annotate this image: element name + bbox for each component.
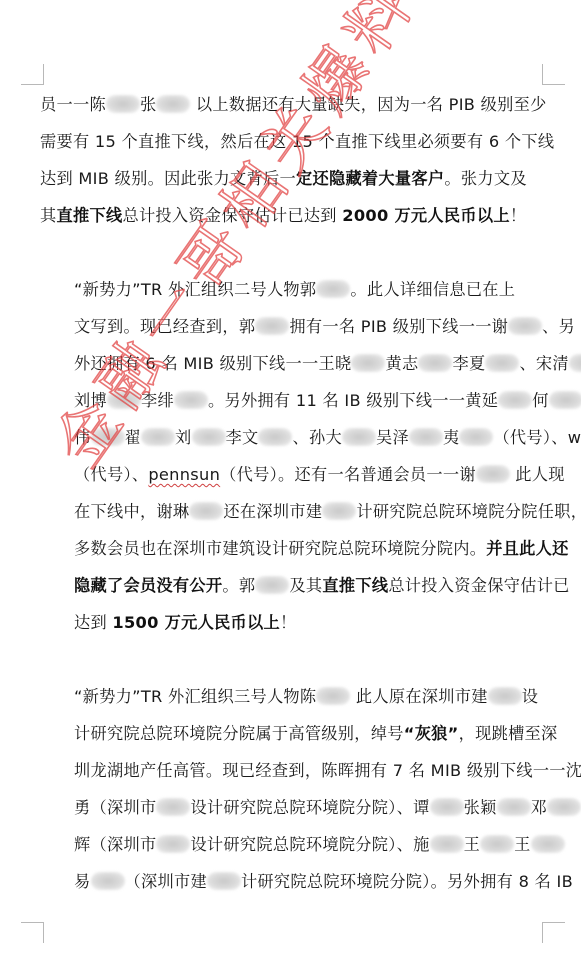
text-run: 何 — [532, 391, 549, 410]
text-run: 总计投入资金保守估计已 — [388, 576, 569, 595]
text-line: 辉（深圳市设计研究院总院环境院分院）、施王王 — [40, 826, 542, 863]
text-run: 以上数据还有大量缺失，因为一名 PIB 级别至少 — [190, 95, 546, 114]
text-run: ！ — [280, 613, 297, 632]
text-run: 张 — [140, 95, 157, 114]
redacted-name-blur — [418, 354, 452, 372]
text-run: 拥有一名 PIB 级别下线一一谢 — [289, 317, 508, 336]
redacted-name-blur — [141, 428, 175, 446]
bold-text: “灰狼” — [404, 724, 459, 743]
text-run: 设 — [522, 687, 539, 706]
text-run: 易 — [74, 872, 91, 891]
bold-text: 定还隐藏着大量客户 — [296, 169, 444, 188]
text-run: 夷 — [443, 428, 460, 447]
text-run: ！ — [510, 206, 527, 225]
text-run: 、孙大 — [292, 428, 341, 447]
redacted-name-blur — [508, 317, 542, 335]
text-run: 李文 — [226, 428, 259, 447]
text-run: 设计研究院总院环境院分院）、谭 — [190, 798, 429, 817]
text-run: 总计投入资金保守估计已达到 — [122, 206, 342, 225]
text-run: 。张力文及 — [444, 169, 526, 188]
redacted-name-blur — [255, 317, 289, 335]
text-line: 达到 1500 万元人民币以上！ — [40, 604, 542, 641]
text-run: 勇（深圳市 — [74, 798, 156, 817]
text-line: 计研究院总院环境院分院属于高管级别，绰号“灰狼”，现跳槽至深 — [40, 715, 542, 752]
text-run: 李夏 — [452, 354, 485, 373]
text-line: 勇（深圳市设计研究院总院环境院分院）、谭张颖邓 — [40, 789, 542, 826]
redacted-name-blur — [547, 798, 581, 816]
text-run: 刘 — [175, 428, 192, 447]
redacted-name-blur — [342, 428, 376, 446]
redacted-name-blur — [430, 798, 464, 816]
redacted-name-blur — [107, 391, 141, 409]
redacted-name-blur — [174, 391, 208, 409]
bold-text: 并且此人还 — [486, 539, 568, 558]
text-run: （代号）。还有一名普通会员一一谢 — [220, 465, 476, 484]
text-run: “新势力”TR 外汇组织三号人物陈 — [74, 687, 316, 706]
text-line: 刘博李绯。另外拥有 11 名 IB 级别下线一一黄延何梁 — [40, 382, 542, 419]
page-corner-mark-bottom-right — [542, 922, 565, 943]
text-line: “新势力”TR 外汇组织二号人物郭。此人详细信息已在上 — [40, 271, 542, 308]
paragraph-2: “新势力”TR 外汇组织二号人物郭。此人详细信息已在上文写到。现已经查到，郭拥有… — [40, 271, 542, 641]
text-run: 、另 — [542, 317, 575, 336]
redacted-name-blur — [498, 391, 532, 409]
text-run: 多数会员也在深圳市建筑设计研究院总院环境院分院内。 — [74, 539, 486, 558]
redacted-name-blur — [476, 465, 510, 483]
bold-text: 直推下线 — [57, 206, 123, 225]
text-run: 邓 — [531, 798, 548, 817]
redacted-name-blur — [409, 428, 443, 446]
redacted-name-blur — [156, 835, 190, 853]
text-run: 需要有 15 个直推下线，然后在这 15 个直推下线里必须要有 6 个下线 — [40, 132, 554, 151]
text-run: 刘博 — [74, 391, 107, 410]
text-run: “新势力”TR 外汇组织二号人物郭 — [74, 280, 316, 299]
redacted-name-blur — [488, 687, 522, 705]
text-run: 文写到。现已经查到，郭 — [74, 317, 255, 336]
redacted-name-blur — [569, 354, 581, 372]
text-run: 及其 — [289, 576, 322, 595]
redacted-name-blur — [258, 428, 292, 446]
paragraph-spacer — [40, 234, 542, 271]
text-run: 黄志 — [385, 354, 418, 373]
text-run: 吴泽 — [376, 428, 409, 447]
redacted-name-blur — [322, 502, 356, 520]
redacted-name-blur — [459, 428, 493, 446]
text-run: 。郭 — [222, 576, 255, 595]
text-run: 、宋清 — [519, 354, 568, 373]
document-page: 员一一陈张 以上数据还有大量缺失，因为一名 PIB 级别至少需要有 15 个直推… — [40, 86, 542, 900]
text-run: 在下线中，谢琳 — [74, 502, 189, 521]
text-run: 张颖 — [464, 798, 497, 817]
text-run: ，现跳槽至深 — [459, 724, 558, 743]
bold-text: 1500 万元人民币以上 — [112, 613, 280, 632]
text-run: 。此人详细信息已在上 — [350, 280, 515, 299]
redacted-name-blur — [255, 576, 289, 594]
text-line: 易（深圳市建计研究院总院环境院分院）。另外拥有 8 名 IB — [40, 863, 542, 900]
redacted-name-blur — [351, 354, 385, 372]
redacted-name-blur — [430, 835, 464, 853]
text-run: 设计研究院总院环境院分院）、施 — [190, 835, 429, 854]
text-run: 此人现 — [510, 465, 565, 484]
text-line: “新势力”TR 外汇组织三号人物陈 此人原在深圳市建设 — [40, 678, 542, 715]
bold-text: 直推下线 — [322, 576, 388, 595]
text-line: 圳龙湖地产任高管。现已经查到，陈晖拥有 7 名 MIB 级别下线一一沈 — [40, 752, 542, 789]
text-run: （代号）、wind — [493, 428, 581, 447]
paragraph-spacer — [40, 641, 542, 678]
redacted-name-blur — [106, 95, 140, 113]
redacted-name-blur — [156, 95, 190, 113]
paragraph-1: 员一一陈张 以上数据还有大量缺失，因为一名 PIB 级别至少需要有 15 个直推… — [40, 86, 542, 234]
text-run: 其 — [40, 206, 57, 225]
redacted-name-blur — [549, 391, 581, 409]
redacted-name-blur — [192, 428, 226, 446]
page-corner-mark-bottom-left — [21, 922, 44, 943]
text-line: 隐藏了会员没有公开。郭及其直推下线总计投入资金保守估计已 — [40, 567, 542, 604]
text-line: 其直推下线总计投入资金保守估计已达到 2000 万元人民币以上！ — [40, 197, 542, 234]
redacted-name-blur — [316, 687, 350, 705]
text-run: 。另外拥有 11 名 IB 级别下线一一黄延 — [208, 391, 498, 410]
text-run: 此人原在深圳市建 — [350, 687, 487, 706]
paragraph-3: “新势力”TR 外汇组织三号人物陈 此人原在深圳市建设计研究院总院环境院分院属于… — [40, 678, 542, 900]
text-run: 伟 — [74, 428, 91, 447]
redacted-name-blur — [316, 280, 350, 298]
text-run: 辉（深圳市 — [74, 835, 156, 854]
redacted-name-blur — [480, 835, 514, 853]
text-run: 圳龙湖地产任高管。现已经查到，陈晖拥有 7 名 MIB 级别下线一一沈 — [74, 761, 581, 780]
text-line: （代号）、pennsun（代号）。还有一名普通会员一一谢 此人现 — [40, 456, 542, 493]
text-run: 外还拥有 6 名 MIB 级别下线一一王晓 — [74, 354, 351, 373]
text-line: 达到 MIB 级别。因此张力文背后一定还隐藏着大量客户。张力文及 — [40, 160, 542, 197]
text-run: 达到 — [74, 613, 112, 632]
bold-text: 2000 万元人民币以上 — [342, 206, 510, 225]
page-corner-mark-top-right — [542, 64, 565, 85]
text-run: 李绯 — [141, 391, 174, 410]
redacted-name-blur — [497, 798, 531, 816]
text-run: 王 — [464, 835, 481, 854]
text-run: 计研究院总院环境院分院任职， — [356, 502, 581, 521]
text-line: 需要有 15 个直推下线，然后在这 15 个直推下线里必须要有 6 个下线 — [40, 123, 542, 160]
text-line: 文写到。现已经查到，郭拥有一名 PIB 级别下线一一谢、另 — [40, 308, 542, 345]
text-run: （深圳市建 — [125, 872, 207, 891]
spellcheck-underlined-word: pennsun — [148, 465, 220, 484]
redacted-name-blur — [207, 872, 241, 890]
redacted-name-blur — [91, 872, 125, 890]
text-line: 员一一陈张 以上数据还有大量缺失，因为一名 PIB 级别至少 — [40, 86, 542, 123]
text-line: 在下线中，谢琳还在深圳市建计研究院总院环境院分院任职， — [40, 493, 542, 530]
text-run: 计研究院总院环境院分院属于高管级别，绰号 — [74, 724, 404, 743]
bold-text: 隐藏了会员没有公开 — [74, 576, 222, 595]
text-run: 翟 — [125, 428, 142, 447]
text-run: 还在深圳市建 — [223, 502, 322, 521]
page-corner-mark-top-left — [21, 64, 44, 85]
redacted-name-blur — [91, 428, 125, 446]
redacted-name-blur — [156, 798, 190, 816]
redacted-name-blur — [531, 835, 565, 853]
text-line: 外还拥有 6 名 MIB 级别下线一一王晓黄志李夏、宋清 — [40, 345, 542, 382]
text-run: 计研究院总院环境院分院）。另外拥有 8 名 IB — [241, 872, 573, 891]
text-line: 伟翟刘李文、孙大吴泽夷（代号）、wind — [40, 419, 542, 456]
text-run: 员一一陈 — [40, 95, 106, 114]
text-run: 达到 MIB 级别。因此张力文背后一 — [40, 169, 296, 188]
redacted-name-blur — [485, 354, 519, 372]
text-line: 多数会员也在深圳市建筑设计研究院总院环境院分院内。并且此人还 — [40, 530, 542, 567]
redacted-name-blur — [189, 502, 223, 520]
text-run: （代号）、 — [74, 465, 148, 484]
text-run: 王 — [514, 835, 531, 854]
